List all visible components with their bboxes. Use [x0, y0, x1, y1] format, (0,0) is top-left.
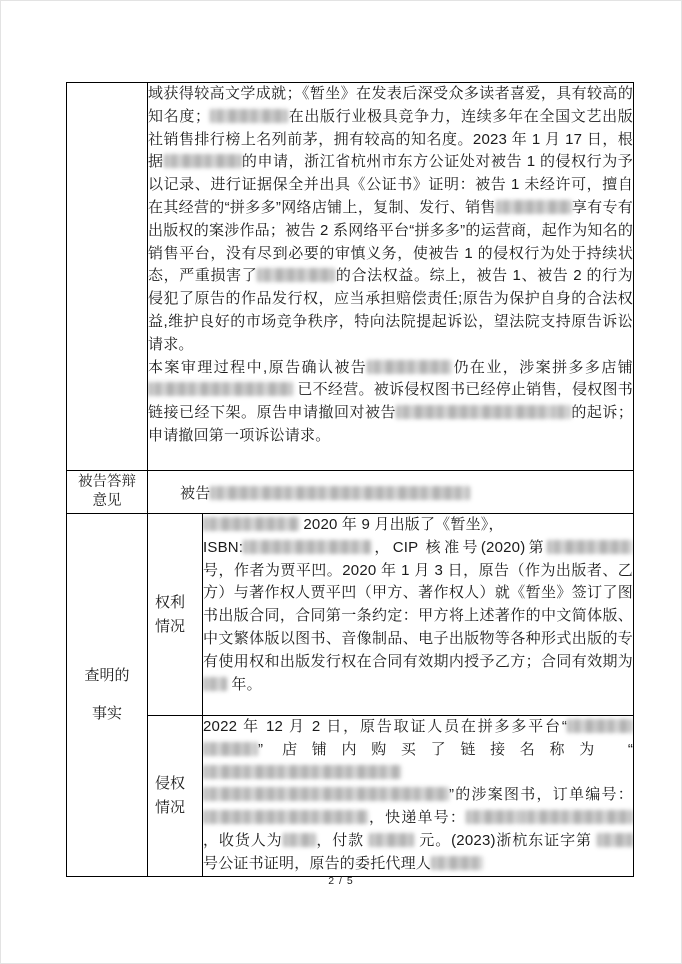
- trial-confirmation-paragraph: 本案审理过程中,原告确认被告仍在业，涉案拼多多店铺 已不经营。被诉侵权图书已经停…: [148, 357, 633, 448]
- redacted-text: [367, 360, 452, 374]
- redacted-text: [396, 405, 551, 419]
- redacted-text: [203, 742, 258, 756]
- redacted-text: [243, 540, 371, 554]
- redacted-text: [203, 677, 227, 691]
- continuation-content-cell: 域获得较高文学成就；《暂坐》在发表后深受众多读者喜爱，具有较高的知名度；在出版行…: [148, 83, 634, 471]
- facts-infringement-row: 侵权 情况 2022 年 12 月 2 日，原告取证人员在拼多多平台“” 店铺内…: [67, 716, 634, 877]
- redacted-text: [203, 765, 401, 779]
- redacted-text: [466, 810, 521, 824]
- redacted-text: [431, 856, 483, 870]
- empty-label-cell: [67, 83, 148, 471]
- redacted-text: [597, 833, 633, 847]
- redacted-text: [496, 200, 572, 214]
- defense-opinion-row: 被告答辩 意见 被告: [67, 471, 634, 514]
- redacted-text: [148, 382, 293, 396]
- redacted-text: [283, 833, 316, 847]
- defense-opinion-content: 被告: [148, 471, 634, 514]
- redacted-text: [203, 787, 449, 801]
- redacted-text: [203, 517, 299, 531]
- judgment-table: 域获得较高文学成就；《暂坐》在发表后深受众多读者喜爱，具有较高的知名度；在出版行…: [66, 82, 634, 877]
- defense-opinion-label: 被告答辩 意见: [67, 471, 148, 514]
- redacted-text: [547, 540, 633, 554]
- facts-section-label: 查明的 事实: [67, 514, 148, 877]
- rights-status-label: 权利 情况: [148, 514, 203, 716]
- redacted-text: [210, 109, 288, 123]
- continuation-row: 域获得较高文学成就；《暂坐》在发表后深受众多读者喜爱，具有较高的知名度；在出版行…: [67, 83, 634, 471]
- facts-rights-row: 查明的 事实 权利 情况 2020 年 9 月出版了《暂坐》，ISBN:，CIP…: [67, 514, 634, 716]
- redacted-text: [203, 810, 368, 824]
- redacted-text: [369, 833, 414, 847]
- redacted-text: [551, 405, 571, 419]
- page-indicator: 2 / 5: [0, 875, 682, 887]
- rights-status-content: 2020 年 9 月出版了《暂坐》，ISBN:，CIP 核准号(2020)第号，…: [203, 514, 634, 716]
- redacted-text: [164, 154, 242, 168]
- redacted-text: [257, 268, 335, 282]
- infringement-status-content: 2022 年 12 月 2 日，原告取证人员在拼多多平台“” 店铺内购买了链接名…: [203, 716, 634, 877]
- redacted-text: [521, 810, 633, 824]
- plaintiff-claim-paragraph: 域获得较高文学成就；《暂坐》在发表后深受众多读者喜爱，具有较高的知名度；在出版行…: [148, 83, 633, 357]
- infringement-status-label: 侵权 情况: [148, 716, 203, 877]
- redacted-text: [567, 719, 633, 733]
- redacted-text: [210, 486, 470, 500]
